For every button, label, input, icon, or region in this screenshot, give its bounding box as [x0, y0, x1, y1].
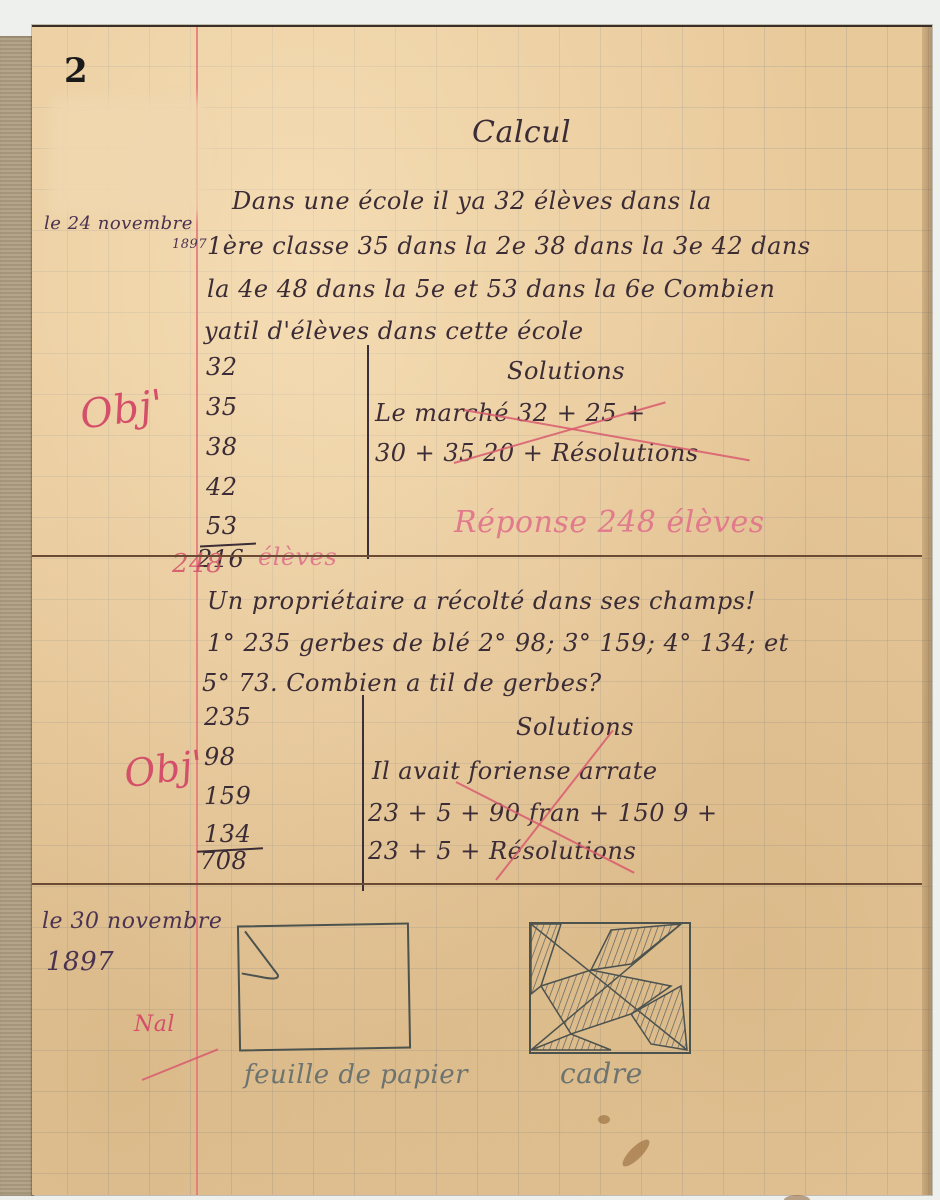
notebook-page: 2 Calcul le 24 novembre 1897 Dans une éc… [32, 25, 932, 1195]
date-line: le 24 novembre [44, 213, 193, 234]
hatched-frame-icon [531, 924, 689, 1052]
column-value: 159 [204, 782, 251, 810]
column-divider [362, 695, 364, 891]
teacher-mark: Nal [134, 1012, 175, 1037]
column-value: 38 [206, 433, 238, 461]
solutions-heading: Solutions [516, 713, 634, 741]
statement-line: 1ère classe 35 dans la 2e 38 dans la 3e … [207, 232, 811, 260]
solution-line: 23 + 5 + Résolutions [368, 837, 636, 865]
column-value: 235 [204, 703, 251, 731]
redacted-area [50, 97, 205, 217]
statement-line: 5° 73. Combien a til de gerbes? [202, 669, 602, 697]
page-number: 2 [64, 51, 88, 91]
ink-stain [784, 1195, 810, 1200]
column-divider [367, 345, 369, 559]
notebook-binding [0, 36, 34, 1196]
section-divider [32, 883, 922, 885]
solutions-heading: Solutions [507, 357, 625, 385]
ink-stain [598, 1115, 610, 1124]
column-value: 35 [206, 393, 238, 421]
underline-mark [142, 1048, 219, 1081]
statement-line: Dans une école il ya 32 élèves dans la [232, 187, 712, 215]
date-year: 1897 [172, 237, 207, 252]
frame-drawing [529, 922, 691, 1054]
figure-label: cadre [560, 1057, 643, 1090]
column-value: 134 [204, 820, 251, 848]
ink-stain [619, 1136, 653, 1170]
grade-mark: Obj' [77, 381, 166, 438]
column-total-label: élèves [258, 543, 337, 571]
paper-sheet-drawing [237, 923, 411, 1052]
section-divider [32, 555, 922, 557]
answer: Réponse 248 élèves [454, 505, 765, 540]
date-line: le 30 novembre [42, 909, 222, 934]
solution-line: 23 + 5 + 90 fran + 150 9 + [368, 799, 718, 827]
page-edge [922, 27, 932, 1195]
column-value: 53 [206, 512, 238, 540]
grade-mark: Obj' [121, 742, 206, 797]
statement-line: yatil d'élèves dans cette école [204, 317, 584, 345]
folded-corner-icon [239, 925, 409, 1050]
statement-line: Un propriétaire a récolté dans ses champ… [207, 587, 756, 615]
column-value: 42 [206, 473, 238, 501]
column-value: 32 [206, 353, 238, 381]
statement-line: la 4e 48 dans la 5e et 53 dans la 6e Com… [207, 275, 775, 303]
statement-line: 1° 235 gerbes de blé 2° 98; 3° 159; 4° 1… [207, 629, 789, 657]
solution-line: Il avait foriense arrate [372, 757, 658, 785]
figure-label: feuille de papier [244, 1060, 468, 1090]
solution-line: Le marché 32 + 25 + [375, 399, 646, 427]
date-year: 1897 [46, 947, 114, 977]
column-total: 708 [200, 847, 247, 875]
column-total-corrected: 248 [172, 549, 223, 579]
page-title: Calcul [472, 115, 571, 150]
column-value: 98 [204, 743, 236, 771]
